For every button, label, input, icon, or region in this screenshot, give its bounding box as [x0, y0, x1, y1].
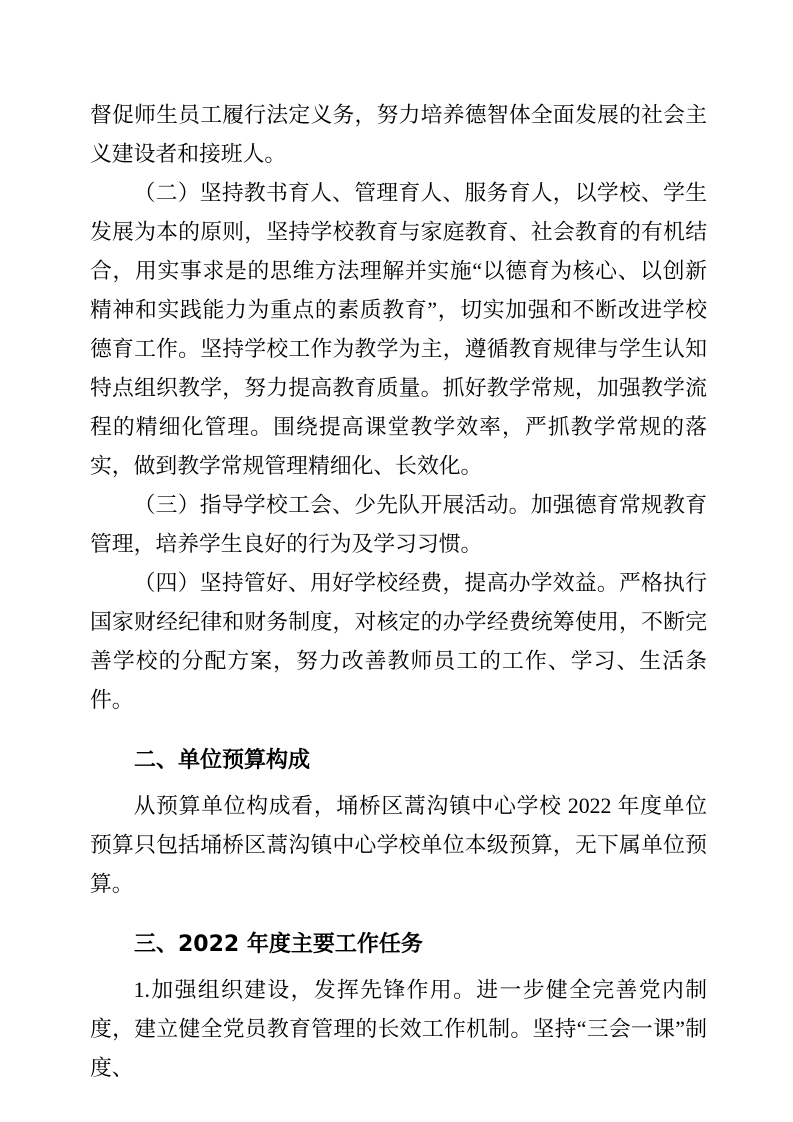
document-body: 督促师生员工履行法定义务，努力培养德智体全面发展的社会主义建设者和接班人。 （二…	[90, 96, 707, 1088]
section-heading-main-tasks: 三、2022 年度主要工作任务	[90, 925, 707, 964]
paragraph-item-4: （四）坚持管好、用好学校经费，提高办学效益。严格执行国家财经纪律和财务制度，对核…	[90, 564, 707, 720]
paragraph-item-2: （二）坚持教书育人、管理育人、服务育人，以学校、学生发展为本的原则，坚持学校教育…	[90, 174, 707, 486]
document-page: 督促师生员工履行法定义务，努力培养德智体全面发展的社会主义建设者和接班人。 （二…	[0, 0, 793, 1122]
paragraph-continuation: 督促师生员工履行法定义务，努力培养德智体全面发展的社会主义建设者和接班人。	[90, 96, 707, 174]
paragraph-budget-composition: 从预算单位构成看，埇桥区蒿沟镇中心学校 2022 年度单位预算只包括埇桥区蒿沟镇…	[90, 787, 707, 904]
section-heading-budget-composition: 二、单位预算构成	[90, 741, 707, 780]
paragraph-task-1: 1.加强组织建设，发挥先锋作用。进一步健全完善党内制度，建立健全党员教育管理的长…	[90, 971, 707, 1088]
paragraph-item-3: （三）指导学校工会、少先队开展活动。加强德育常规教育管理，培养学生良好的行为及学…	[90, 486, 707, 564]
